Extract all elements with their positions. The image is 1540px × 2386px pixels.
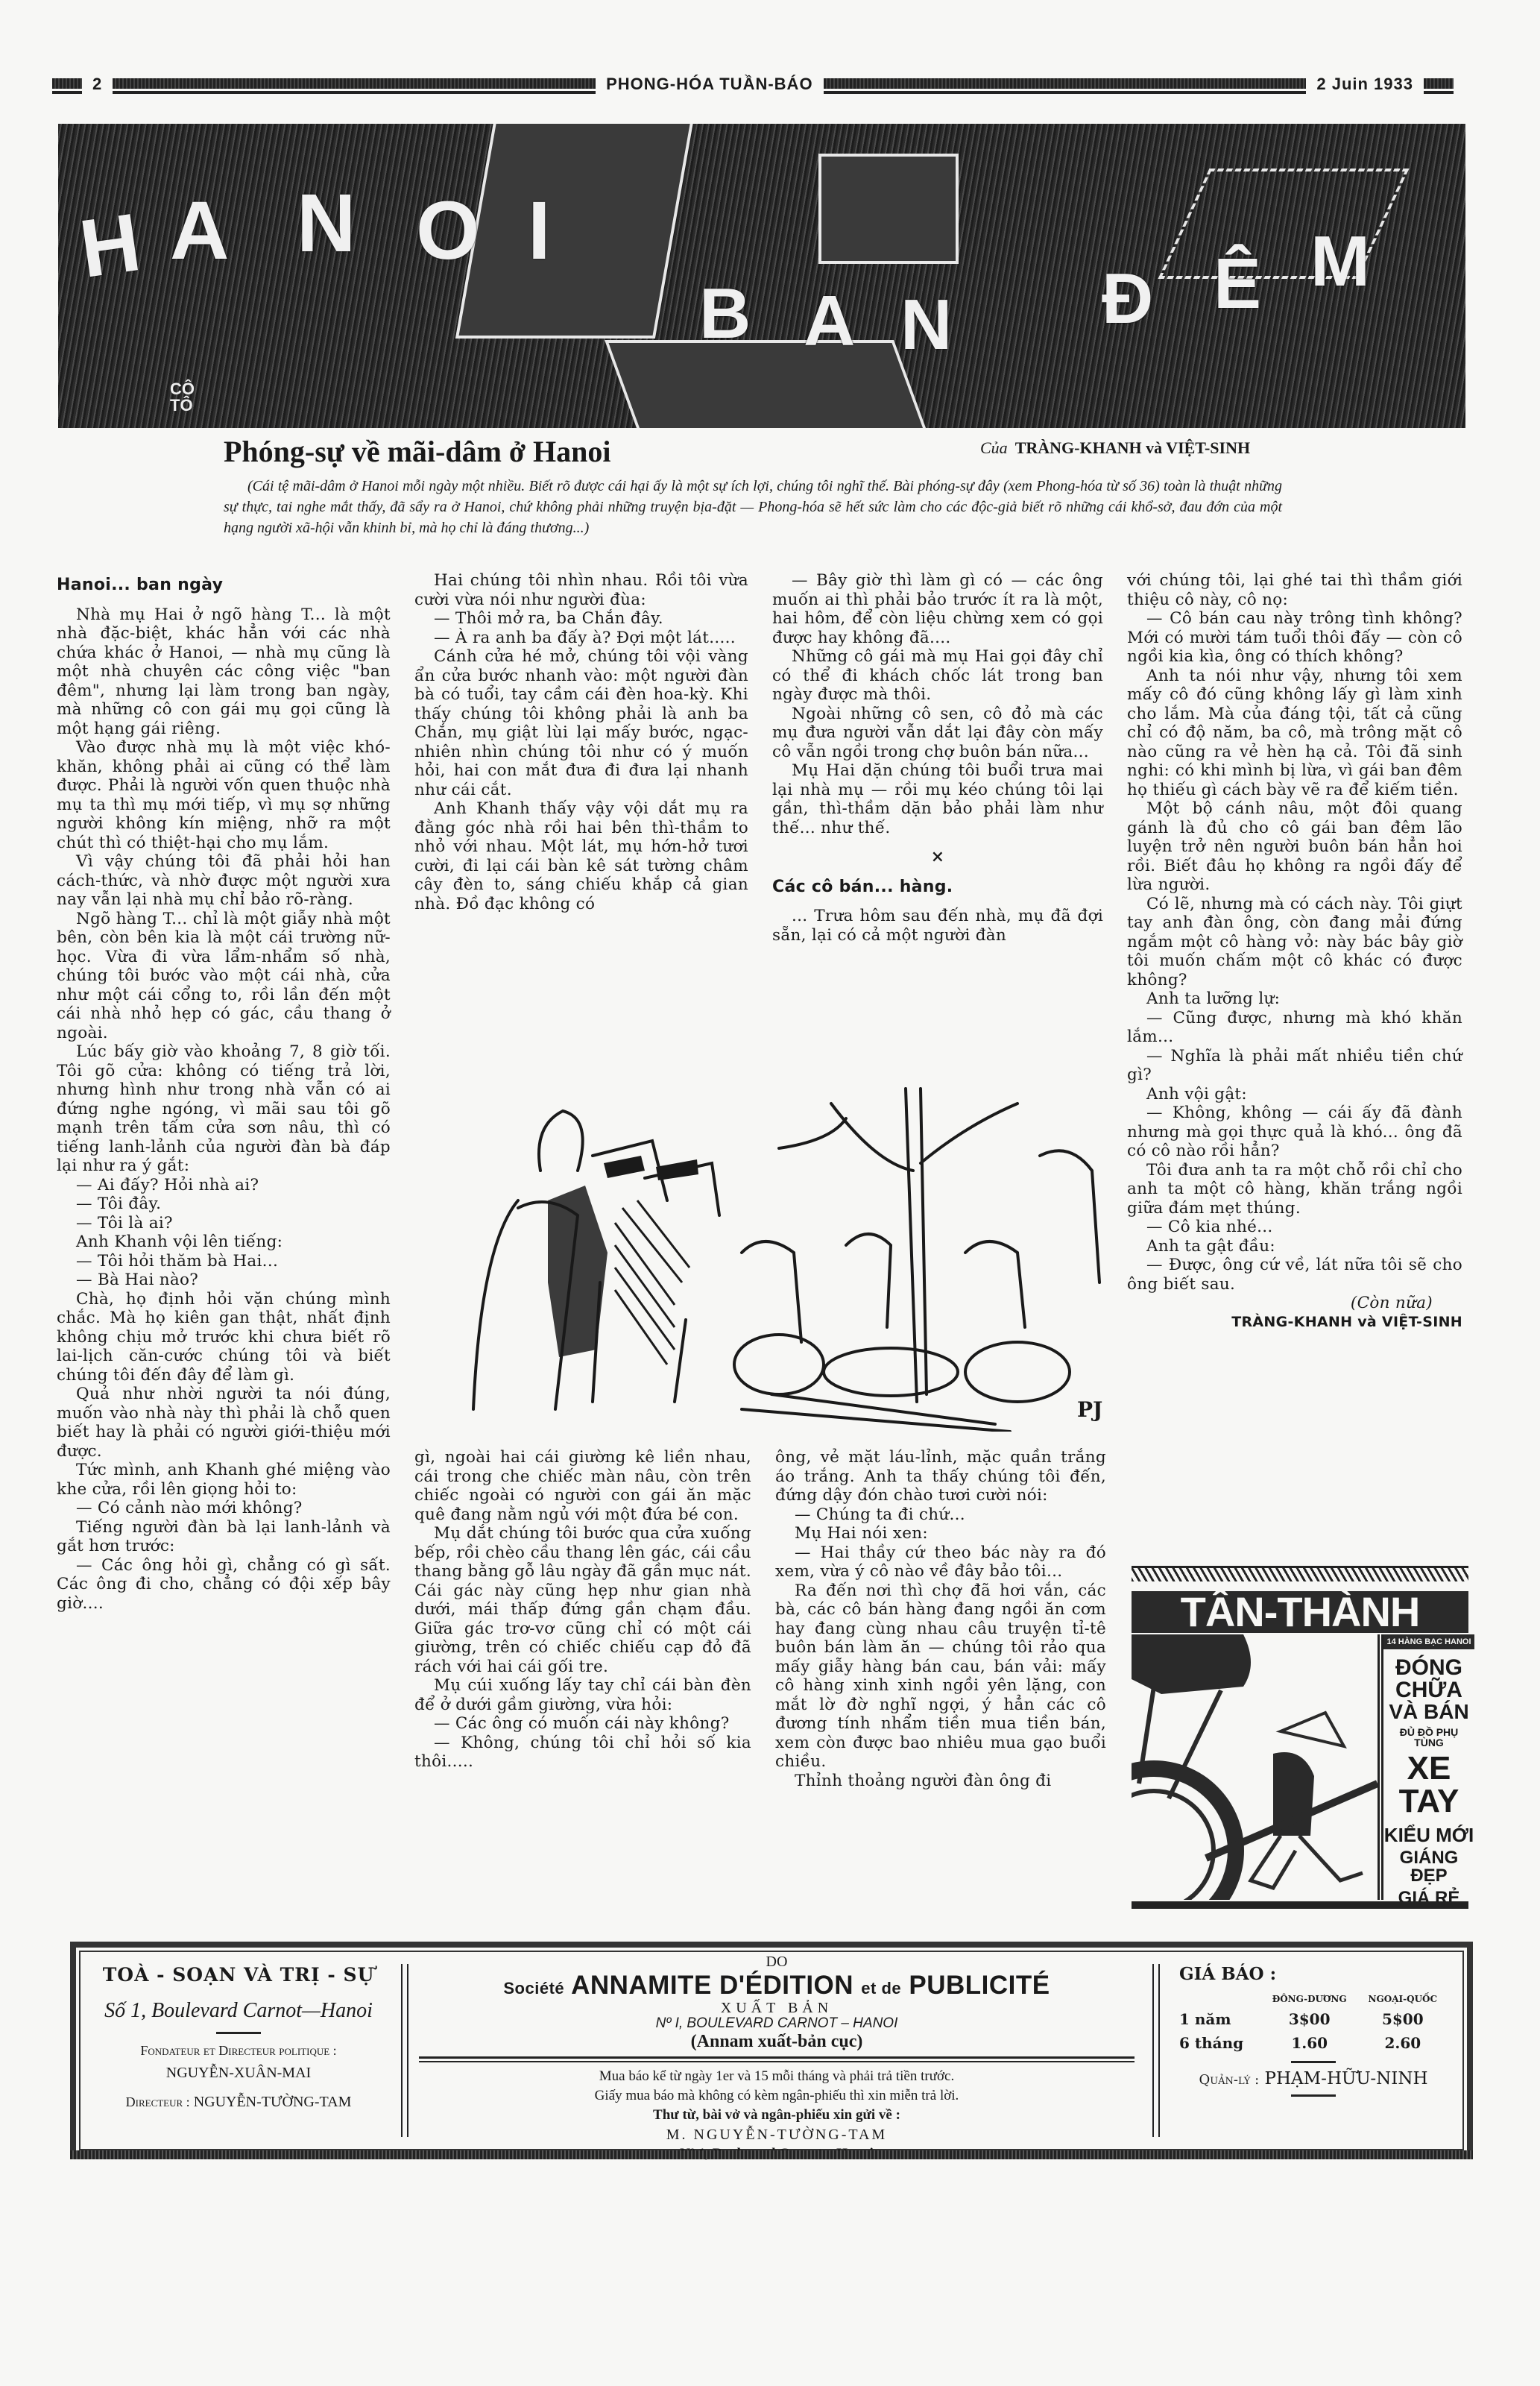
paragraph: Những cô gái mà mụ Hai gọi đây chỉ có th…: [772, 647, 1103, 705]
director-name: NGUYỄN-TƯỜNG-TAM: [194, 2094, 352, 2110]
price-indochina: 1.60: [1261, 2031, 1358, 2055]
founder-name: NGUYỄN-XUÂN-MAI: [89, 2065, 388, 2082]
banner-letter: H: [75, 195, 146, 297]
paragraph: Có lẽ, nhưng mà có cách này. Tôi giựt ta…: [1127, 895, 1462, 990]
subscription-prices: GIÁ BÁO : ĐÔNG-DƯƠNG NGOẠI-QUỐC 1 năm 3$…: [1179, 1964, 1448, 2103]
column-2-top: Hai chúng tôi nhìn nhau. Rồi tôi vừa cườ…: [414, 571, 748, 913]
banner-letter: Đ: [1102, 258, 1153, 340]
dialogue-line: — Tôi đây.: [57, 1194, 391, 1214]
illustrator-signature: PJ: [1077, 1397, 1102, 1422]
dialogue-line: — Cô kia nhé...: [1127, 1218, 1462, 1237]
paragraph: Vào được nhà mụ là một việc khó-khăn, kh…: [57, 738, 391, 852]
banner-letter: Ê: [1214, 243, 1261, 325]
publisher-name: Société ANNAMITE D'ÉDITION et de PUBLICI…: [419, 1971, 1135, 2001]
divider: [216, 2032, 261, 2034]
publisher-xuat-ban: XUẤT BẢN: [419, 2001, 1135, 2015]
divider: [1291, 2094, 1336, 2097]
divider: [419, 2056, 1135, 2062]
banner-letter: N: [297, 176, 356, 271]
publication-info-box: TOÀ - SOẠN VÀ TRỊ - SỰ Số 1, Boulevard C…: [70, 1942, 1473, 2159]
dialogue-line: — Hai thầy cứ theo bác này ra đó xem, vừ…: [775, 1543, 1106, 1581]
issue-date: 2 Juin 1933: [1316, 75, 1413, 94]
banner-letter: B: [699, 273, 751, 355]
paragraph: Ngõ hàng T... chỉ là một giẫy nhà một bê…: [57, 910, 391, 1043]
to-be-continued: (Còn nữa): [1127, 1294, 1433, 1313]
dialogue-line: — Ai đấy? Hỏi nhà ai?: [57, 1176, 391, 1195]
manager-label: Quản-lý :: [1199, 2072, 1259, 2088]
director-line: Directeur : NGUYỄN-TƯỜNG-TAM: [89, 2094, 388, 2111]
ad-address: 14 HÀNG BẠC HANOI: [1383, 1634, 1474, 1649]
ad-line: ĐỦ ĐỒ PHỤ TÙNG: [1383, 1727, 1474, 1748]
paragraph: Anh Khanh thấy vậy vội dắt mụ ra đằng gó…: [414, 799, 748, 913]
column-3-top: — Bây giờ thì làm gì có — các ông muốn a…: [772, 571, 1103, 945]
ad-line: KIỂU MỚI: [1383, 1825, 1474, 1845]
masthead-rule: [824, 78, 1307, 91]
office-heading: TOÀ - SOẠN VÀ TRỊ - SỰ: [89, 1964, 388, 1986]
rooftop-shape: [455, 124, 695, 339]
masthead-rule: [113, 78, 596, 91]
price-foreign: 5$00: [1358, 2007, 1448, 2031]
column-divider: [1152, 1964, 1160, 2137]
paragraph: Tiếng người đàn bà lại lanh-lảnh và gắt …: [57, 1518, 391, 1556]
paragraph: Tức mình, anh Khanh ghé miệng vào khe cử…: [57, 1461, 391, 1499]
masthead: 2 PHONG-HÓA TUẦN-BÁO 2 Juin 1933: [52, 72, 1454, 97]
publisher-soc3: et de: [861, 1979, 901, 1998]
bridge-shape: [1158, 169, 1409, 279]
section-separator: ×: [772, 848, 1103, 867]
dialogue-line: — Được, ông cứ về, lát nữa tôi sẽ cho ôn…: [1127, 1256, 1462, 1294]
byline-prefix: Của: [980, 438, 1008, 457]
manager-name: PHẠM-HỮU-NINH: [1264, 2069, 1427, 2088]
dialogue-line: — Các ông hỏi gì, chẳng có gì sất. Các ô…: [57, 1556, 391, 1614]
paragraph: Anh vội gật:: [1127, 1085, 1462, 1104]
dialogue-line: — Không, chúng tôi chỉ hỏi số kia thôi..…: [414, 1734, 751, 1772]
price-heading: GIÁ BÁO :: [1179, 1964, 1448, 1984]
founder-label: Fondateur et Directeur politique :: [89, 2043, 388, 2059]
footer-bottom-rule: [70, 2150, 1473, 2159]
column-2-bottom: gì, ngoài hai cái giường kê liền nhau, c…: [414, 1448, 751, 1772]
paragraph: Mụ dắt chúng tôi bước qua cửa xuống bếp,…: [414, 1524, 751, 1676]
byline-authors: TRÀNG-KHANH và VIỆT-SINH: [1015, 438, 1250, 457]
paragraph: Một bộ cánh nâu, một đôi quang gánh là đ…: [1127, 799, 1462, 895]
paragraph: Chà, họ định hỏi vặn chúng mình chắc. Mà…: [57, 1290, 391, 1385]
artist-signature: CÔ TÔ: [170, 381, 192, 414]
price-header-row: ĐÔNG-DƯƠNG NGOẠI-QUỐC: [1179, 1993, 1448, 2007]
dialogue-line: — Các ông có muốn cái này không?: [414, 1714, 751, 1734]
ad-text-panel: 14 HÀNG BẠC HANOI ĐÓNG CHỮA VÀ BÁN ĐỦ ĐỒ…: [1378, 1634, 1474, 1900]
column-divider: [401, 1964, 408, 2137]
market-scene-illustration: PJ: [429, 1059, 1114, 1432]
price-period: 1 năm: [1179, 2007, 1261, 2031]
dialogue-line: — Tôi hỏi thăm bà Hai...: [57, 1252, 391, 1271]
dialogue-line: — Chúng ta đi chứ...: [775, 1505, 1106, 1525]
price-row: 6 tháng 1.60 2.60: [1179, 2031, 1448, 2055]
paragraph: Thỉnh thoảng người đàn ông đi: [775, 1772, 1106, 1791]
banner-letter: M: [1310, 221, 1370, 303]
paragraph: Vì vậy chúng tôi đã phải hỏi han cách-th…: [57, 852, 391, 910]
dialogue-line: — À ra anh ba đấy à? Đợi một lát.....: [414, 629, 748, 648]
paragraph: Mụ Hai nói xen:: [775, 1524, 1106, 1543]
ad-line: CHỮA: [1383, 1679, 1474, 1702]
ad-line: VÀ BÁN: [1383, 1702, 1474, 1722]
article-byline: CủaTRÀNG-KHANH và VIỆT-SINH: [980, 438, 1250, 458]
price-foreign: 2.60: [1358, 2031, 1448, 2055]
paragraph: Cánh cửa hé mở, chúng tôi vội vàng ẩn cử…: [414, 647, 748, 799]
banner-letter: A: [170, 183, 229, 278]
column-3-bottom: ông, vẻ mặt láu-lỉnh, mặc quần trắng áo …: [775, 1448, 1106, 1790]
subscription-notice-1: Mua báo kể từ ngày 1er và 15 mỗi tháng v…: [419, 2067, 1135, 2086]
column-1: Hanoi... ban ngày Nhà mụ Hai ở ngõ hàng …: [57, 576, 391, 1613]
paragraph: Anh ta gật đầu:: [1127, 1237, 1462, 1256]
banner-letter: I: [528, 183, 551, 278]
dialogue-line: — Bây giờ thì làm gì có — các ông muốn a…: [772, 571, 1103, 647]
banner-letter: N: [900, 284, 952, 366]
banner-letter: A: [804, 280, 855, 362]
divider: [1291, 2061, 1336, 2063]
paragraph: Ngoài những cô sen, cô đỏ mà các mụ đưa …: [772, 705, 1103, 762]
price-table: ĐÔNG-DƯƠNG NGOẠI-QUỐC 1 năm 3$00 5$00 6 …: [1179, 1993, 1448, 2055]
dialogue-line: — Cô bán cau này trông tình không? Mới c…: [1127, 609, 1462, 667]
price-col-header: [1179, 1993, 1261, 2007]
publisher-vietnamese-name: (Annam xuất-bản cục): [419, 2032, 1135, 2052]
section-heading: Các cô bán... hàng.: [772, 878, 1103, 897]
manager-line: Quản-lý : PHẠM-HỮU-NINH: [1179, 2069, 1448, 2088]
publisher-soc1: Société: [503, 1979, 564, 1998]
mailing-notice: Thư từ, bài vở và ngân-phiếu xin gửi về …: [419, 2106, 1135, 2125]
paragraph: Hai chúng tôi nhìn nhau. Rồi tôi vừa cườ…: [414, 571, 748, 609]
woodcut-banner-image: H A N O I B A N Đ Ê M CÔ TÔ: [58, 124, 1465, 428]
illustration-drawing: PJ: [429, 1059, 1114, 1432]
dialogue-line: — Tôi là ai?: [57, 1214, 391, 1233]
ad-bottom-border: [1132, 1901, 1468, 1909]
dialogue-line: — Thôi mở ra, ba Chắn đây.: [414, 609, 748, 629]
paragraph: Ra đến nơi thì chợ đã hơi vắn, các bà, c…: [775, 1581, 1106, 1772]
paragraph: Quả như nhời người ta nói đúng, muốn vào…: [57, 1385, 391, 1461]
publisher-address: Nº I, BOULEVARD CARNOT – HANOI: [419, 2015, 1135, 2032]
newspaper-title: PHONG-HÓA TUẦN-BÁO: [606, 75, 813, 94]
recipient-name: M. NGUYỄN-TƯỜNG-TAM: [419, 2125, 1135, 2144]
article-intro: (Cái tệ mãi-dâm ở Hanoi mỗi ngày một nhi…: [224, 476, 1282, 538]
publisher-soc2: ANNAMITE D'ÉDITION: [571, 1971, 853, 2000]
publisher-info: DO Société ANNAMITE D'ÉDITION et de PUBL…: [419, 1954, 1135, 2164]
paragraph: Anh ta lưỡng lự:: [1127, 989, 1462, 1009]
paragraph: ông, vẻ mặt láu-lỉnh, mặc quần trắng áo …: [775, 1448, 1106, 1505]
paragraph: Nhà mụ Hai ở ngõ hàng T... là một nhà đặ…: [57, 605, 391, 739]
paragraph: Lúc bấy giờ vào khoảng 7, 8 giờ tối. Tôi…: [57, 1042, 391, 1176]
banner-letter: O: [416, 183, 480, 278]
publisher-soc4: PUBLICITÉ: [909, 1971, 1050, 2000]
section-heading: Hanoi... ban ngày: [57, 576, 391, 595]
price-col-header: ĐÔNG-DƯƠNG: [1261, 1993, 1358, 2007]
dialogue-line: — Không, không — cái ấy đã đành nhưng mà…: [1127, 1104, 1462, 1161]
office-address: Số 1, Boulevard Carnot—Hanoi: [89, 1999, 388, 2023]
article-title: Phóng-sự về mãi-dâm ở Hanoi: [224, 434, 611, 469]
ad-brand-name: TÂN-THÀNH: [1132, 1591, 1468, 1633]
subscription-notice-2: Giấy mua báo mà không có kèm ngân-phiếu …: [419, 2086, 1135, 2106]
masthead-rule: [52, 78, 82, 91]
paragraph: ... Trưa hôm sau đến nhà, mụ đã đợi sẵn,…: [772, 907, 1103, 945]
price-period: 6 tháng: [1179, 2031, 1261, 2055]
page-number: 2: [92, 75, 102, 94]
rickshaw-puller-icon: [1132, 1634, 1378, 1900]
rooftop-shape: [605, 340, 934, 428]
masthead-rule: [1424, 78, 1454, 91]
pagoda-shape: [818, 154, 959, 264]
paragraph: Anh Khanh vội lên tiếng:: [57, 1233, 391, 1252]
director-label: Directeur :: [126, 2094, 190, 2109]
tan-thanh-rickshaw-advertisement: TÂN-THÀNH 14 HÀNG BẠC HANOI ĐÓNG CHỮA VÀ…: [1132, 1566, 1468, 1909]
dialogue-line: — Nghĩa là phải mất nhiều tiền chứ gì?: [1127, 1047, 1462, 1085]
dialogue-line: — Cũng được, nhưng mà khó khăn lắm...: [1127, 1009, 1462, 1047]
paragraph: gì, ngoài hai cái giường kê liền nhau, c…: [414, 1448, 751, 1524]
paragraph: Anh ta nói như vậy, nhưng tôi xem mấy cô…: [1127, 667, 1462, 800]
paragraph: với chúng tôi, lại ghé tai thì thầm giới…: [1127, 571, 1462, 609]
paragraph: Mụ cúi xuống lấy tay chỉ cái bàn đèn để …: [414, 1676, 751, 1714]
paragraph: Tôi đưa anh ta ra một chỗ rồi chỉ cho an…: [1127, 1161, 1462, 1218]
dialogue-line: — Bà Hai nào?: [57, 1271, 391, 1290]
article-signature: TRÀNG-KHANH và VIỆT-SINH: [1127, 1313, 1462, 1332]
ad-line: XE TAY: [1383, 1752, 1474, 1818]
ad-line: ĐÓNG: [1383, 1657, 1474, 1679]
publisher-do: DO: [419, 1954, 1135, 1971]
ad-border-stripe: [1132, 1566, 1468, 1581]
price-col-header: NGOẠI-QUỐC: [1358, 1993, 1448, 2007]
dialogue-line: — Có cảnh nào mới không?: [57, 1499, 391, 1518]
price-indochina: 3$00: [1261, 2007, 1358, 2031]
price-row: 1 năm 3$00 5$00: [1179, 2007, 1448, 2031]
editorial-office-info: TOÀ - SOẠN VÀ TRỊ - SỰ Số 1, Boulevard C…: [89, 1964, 388, 2111]
column-4: với chúng tôi, lại ghé tai thì thầm giới…: [1127, 571, 1462, 1332]
ad-line: GIÁNG ĐẸP: [1383, 1849, 1474, 1885]
paragraph: Mụ Hai dặn chúng tôi buổi trưa mai lại n…: [772, 761, 1103, 837]
